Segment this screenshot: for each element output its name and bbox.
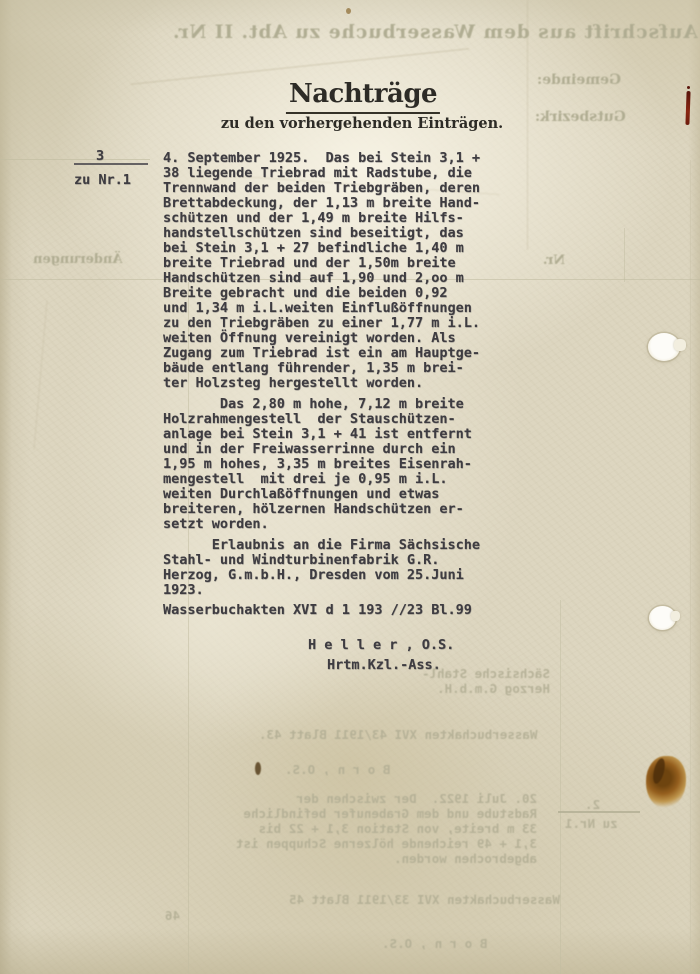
- signature-name: H e l l e r , O.S.: [308, 638, 454, 653]
- margin-entry-reference: zu Nr.1: [74, 173, 131, 188]
- dirt-speck: [346, 8, 351, 14]
- bleedthrough-nr-column-label: Nr.: [543, 253, 565, 268]
- bleedthrough-aenderungen-column-label: Änderungen: [33, 252, 122, 267]
- punch-hole: [648, 333, 680, 361]
- ink-blot-stain: [646, 756, 686, 808]
- page-subtitle: zu den vorhergehenden Einträgen.: [221, 115, 503, 132]
- red-ink-dot: [687, 86, 690, 89]
- bleedthrough-signature-1: B o r n , O.S.: [285, 762, 390, 777]
- bleedthrough-margin-underline: [558, 811, 640, 813]
- bleedthrough-vertical-rule: [560, 600, 561, 974]
- bleedthrough-entry-firm-fragment: Sächsische Stahl- Herzog G.m.b.H.: [422, 666, 550, 696]
- bleedthrough-horizontal-rule: [0, 159, 150, 160]
- dirt-speck: [255, 762, 261, 775]
- bleedthrough-page-number: 46: [165, 908, 180, 923]
- paper-crease: [33, 300, 47, 450]
- bleedthrough-signature-2: B o r n , O.S.: [382, 936, 487, 951]
- page-title: Nachträge: [286, 79, 440, 114]
- bleedthrough-file-reference-1: Wasserbuchakten XVI 43/1911 Blatt 43.: [259, 727, 537, 742]
- bleedthrough-vertical-rule: [690, 160, 691, 974]
- red-ink-mark: [685, 91, 690, 125]
- paper-crease: [527, 0, 528, 250]
- punch-hole-tear: [674, 339, 686, 351]
- entry-paragraph-1: 4. September 1925. Das bei Stein 3,1 + 3…: [163, 151, 480, 391]
- bleedthrough-margin-entry-reference: zu Nr.1: [565, 816, 618, 831]
- bleedthrough-file-reference-2: Wasserbuchakten XVI 33/1911 Blatt 45: [289, 892, 560, 907]
- bleedthrough-gutsbezirk-label: Gutsbezirk:: [535, 109, 626, 125]
- bleedthrough-gemeinde-label: Gemeinde:: [537, 72, 621, 88]
- ink-blot-curl: [651, 757, 667, 785]
- bleedthrough-form-header: Aufschrift aus dem Wasserbuche zu Abt. I…: [172, 22, 698, 43]
- punch-hole-tear: [671, 611, 680, 621]
- bleedthrough-margin-entry-number: 2.: [585, 797, 600, 812]
- punch-hole: [649, 606, 676, 630]
- scanned-document-page: Aufschrift aus dem Wasserbuche zu Abt. I…: [0, 0, 700, 974]
- file-reference-line: Wasserbuchakten XVI d 1 193 //23 Bl.99: [163, 603, 472, 618]
- margin-underline: [74, 163, 148, 165]
- margin-entry-number: 3: [96, 149, 104, 164]
- entry-paragraph-2: Das 2,80 m hohe, 7,12 m breite Holzrahme…: [163, 397, 472, 532]
- bleedthrough-vertical-rule: [624, 228, 625, 282]
- entry-paragraph-3: Erlaubnis an die Firma Sächsische Stahl-…: [163, 538, 480, 598]
- bleedthrough-entry-paragraph-1922: 20. Juli 1922. Der zwischen der Radstube…: [236, 791, 537, 866]
